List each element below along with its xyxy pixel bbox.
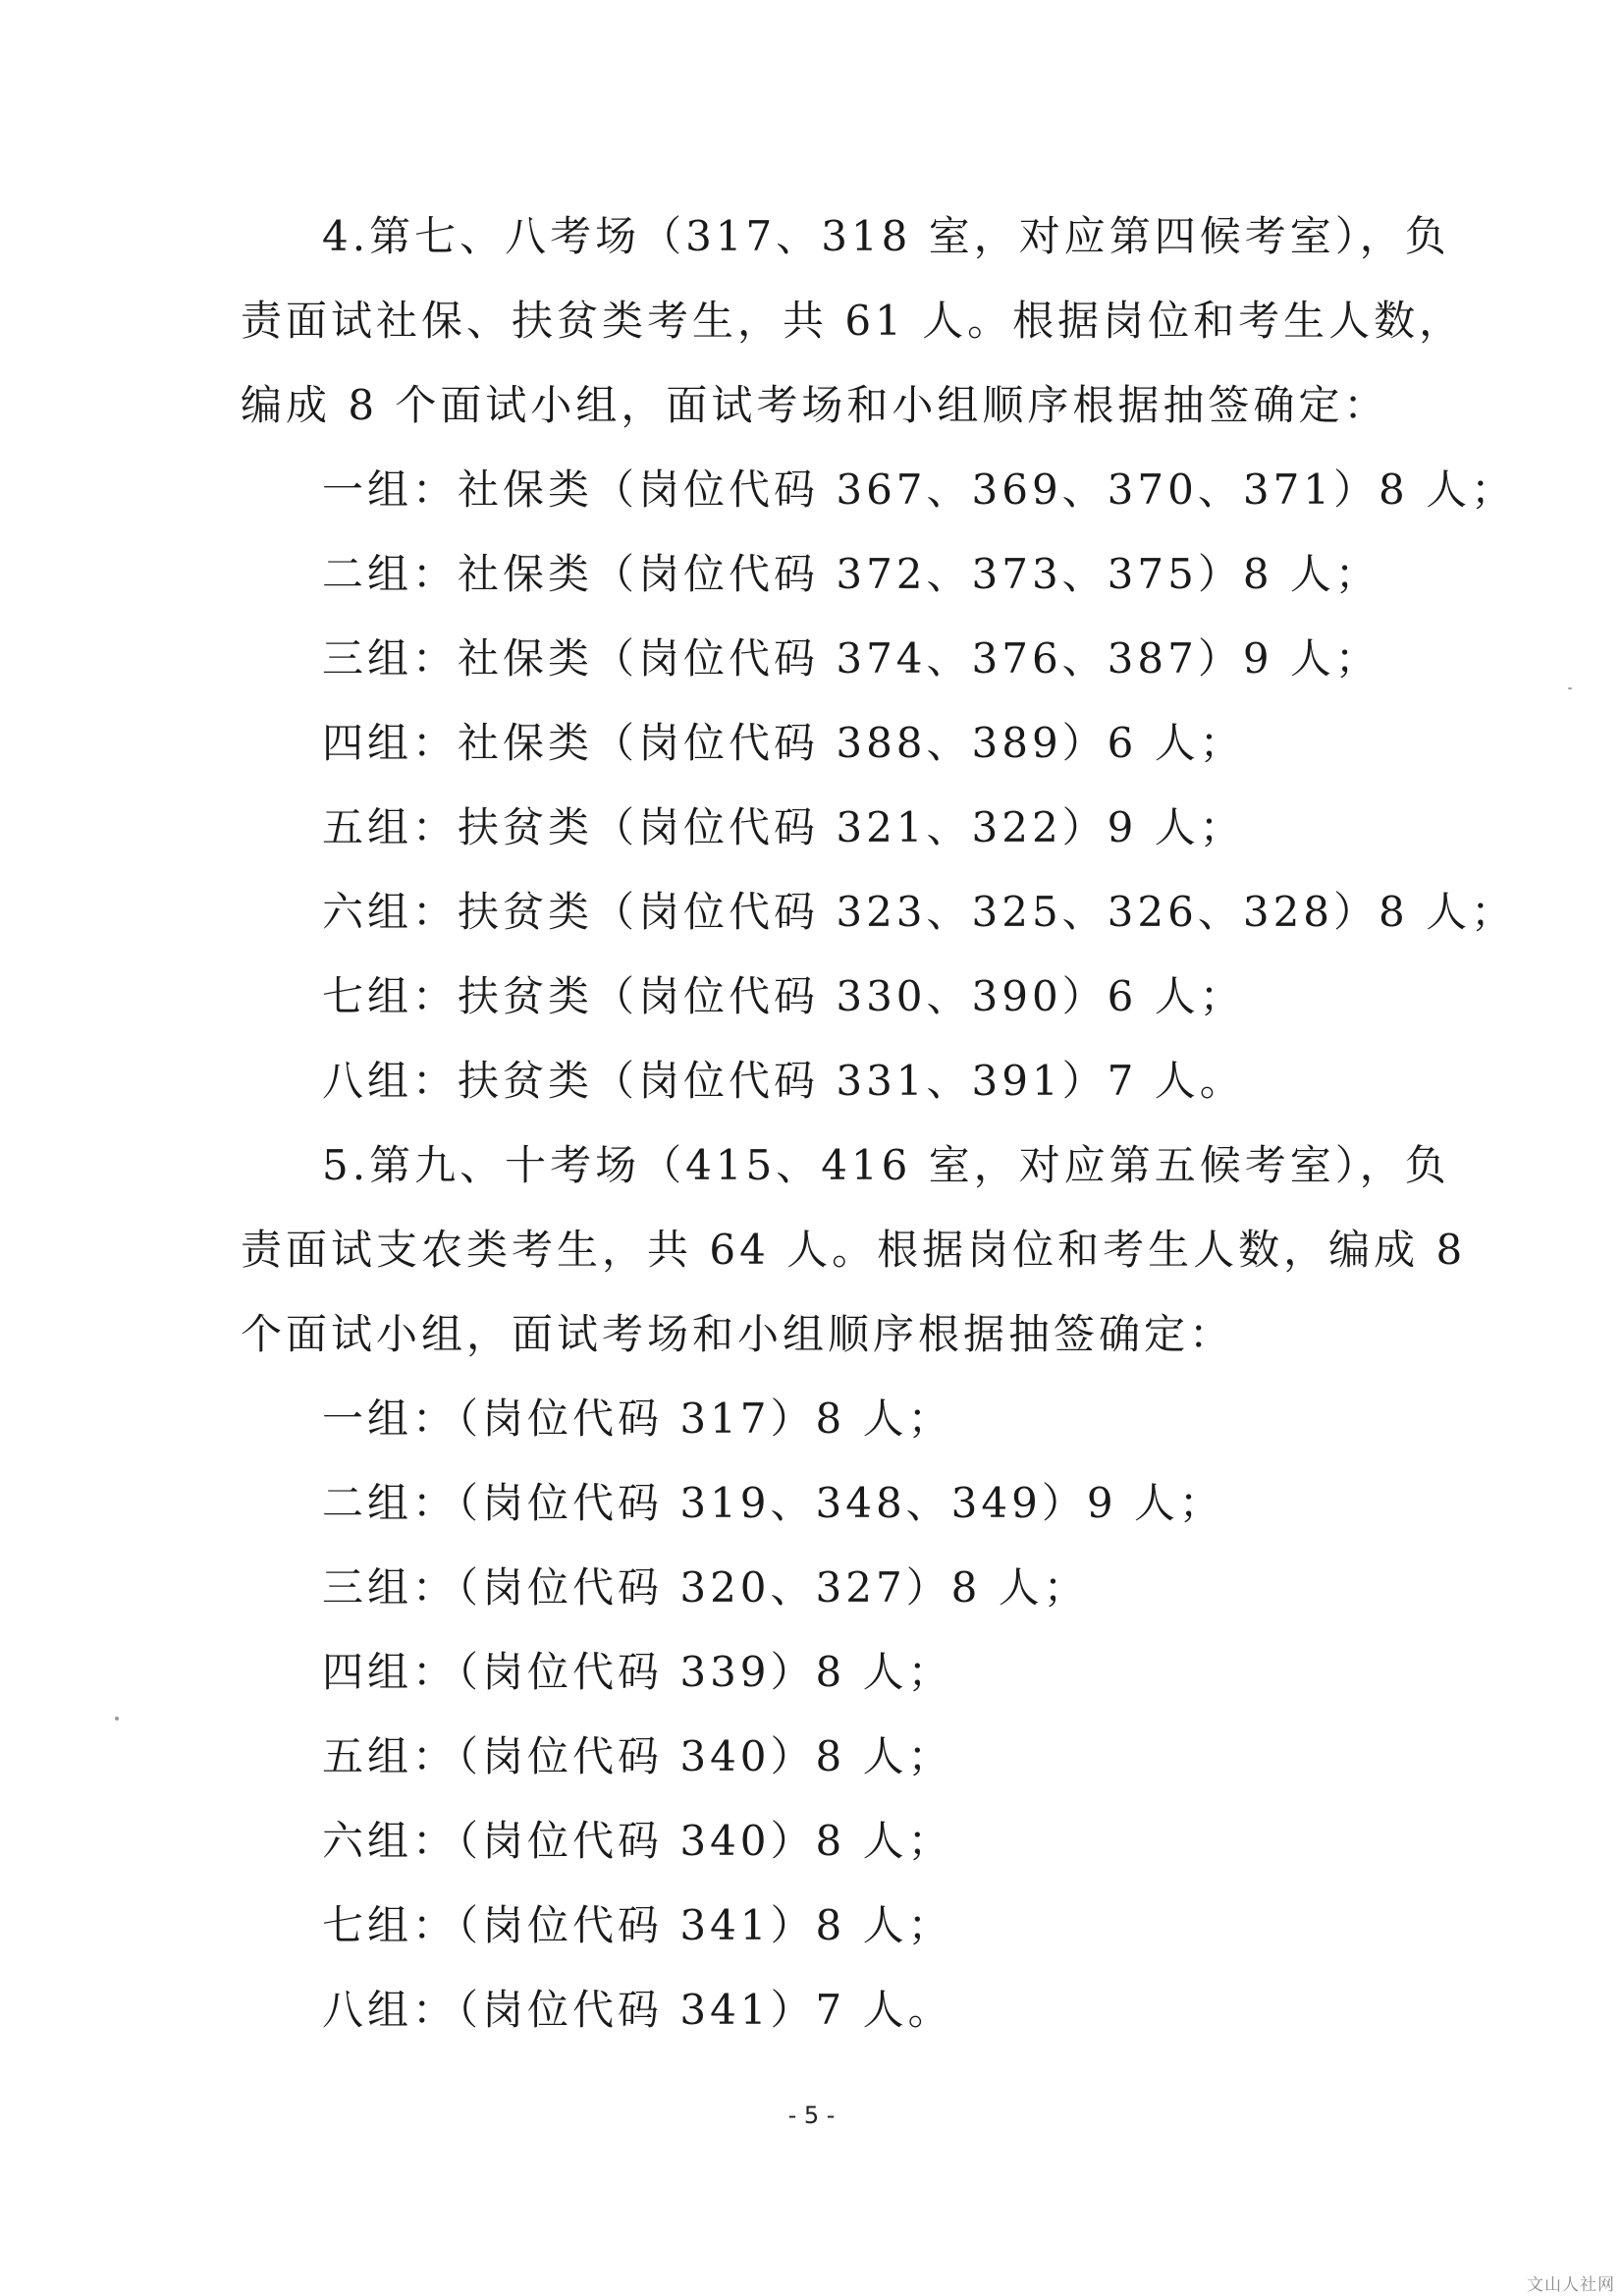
section4-group-7: 七组：扶贫类（岗位代码 330、390）6 人；	[322, 972, 1461, 1021]
section4-group-6: 六组：扶贫类（岗位代码 323、325、326、328）8 人；	[322, 888, 1461, 937]
section5-group-6: 六组：（岗位代码 340）8 人；	[322, 1817, 1461, 1866]
section4-paragraph-line-3: 编成 8 个面试小组，面试考场和小组顺序根据抽签确定：	[241, 381, 1380, 430]
section5-group-2: 二组：（岗位代码 319、348、349）9 人；	[322, 1479, 1461, 1528]
section4-group-4: 四组：社保类（岗位代码 388、389）6 人；	[322, 719, 1461, 768]
section4-group-1: 一组：社保类（岗位代码 367、369、370、371）8 人；	[322, 465, 1461, 515]
section4-group-2: 二组：社保类（岗位代码 372、373、375）8 人；	[322, 550, 1461, 599]
section5-group-3: 三组：（岗位代码 320、327）8 人；	[322, 1563, 1461, 1613]
section5-group-4: 四组：（岗位代码 339）8 人；	[322, 1648, 1461, 1697]
site-watermark: 文山人社网	[1527, 2270, 1615, 2295]
section4-paragraph-line-1: 4.第七、八考场（317、318 室，对应第四候考室），负	[322, 212, 1380, 261]
section5-paragraph-line-1: 5.第九、十考场（415、416 室，对应第五候考室），负	[322, 1141, 1380, 1190]
section5-group-7: 七组：（岗位代码 341）8 人；	[322, 1901, 1461, 1950]
scan-speck	[115, 1717, 119, 1721]
section5-paragraph-line-2: 责面试支农类考生，共 64 人。根据岗位和考生人数，编成 8	[241, 1226, 1380, 1275]
section4-paragraph-line-2: 责面试社保、扶贫类考生，共 61 人。根据岗位和考生人数，	[241, 297, 1380, 346]
section4-group-5: 五组：扶贫类（岗位代码 321、322）9 人；	[322, 803, 1461, 852]
scan-speck	[1568, 687, 1572, 689]
section4-group-3: 三组：社保类（岗位代码 374、376、387）9 人；	[322, 634, 1461, 683]
section5-group-8: 八组：（岗位代码 341）7 人。	[322, 1986, 1461, 2035]
section5-group-1: 一组：（岗位代码 317）8 人；	[322, 1394, 1461, 1444]
page-number: - 5 -	[0, 2102, 1623, 2129]
document-page: 4.第七、八考场（317、318 室，对应第四候考室），负 责面试社保、扶贫类考…	[0, 0, 1623, 2296]
section4-group-8: 八组：扶贫类（岗位代码 331、391）7 人。	[322, 1057, 1461, 1106]
section5-paragraph-line-3: 个面试小组，面试考场和小组顺序根据抽签确定：	[241, 1310, 1380, 1359]
section5-group-5: 五组：（岗位代码 340）8 人；	[322, 1732, 1461, 1781]
